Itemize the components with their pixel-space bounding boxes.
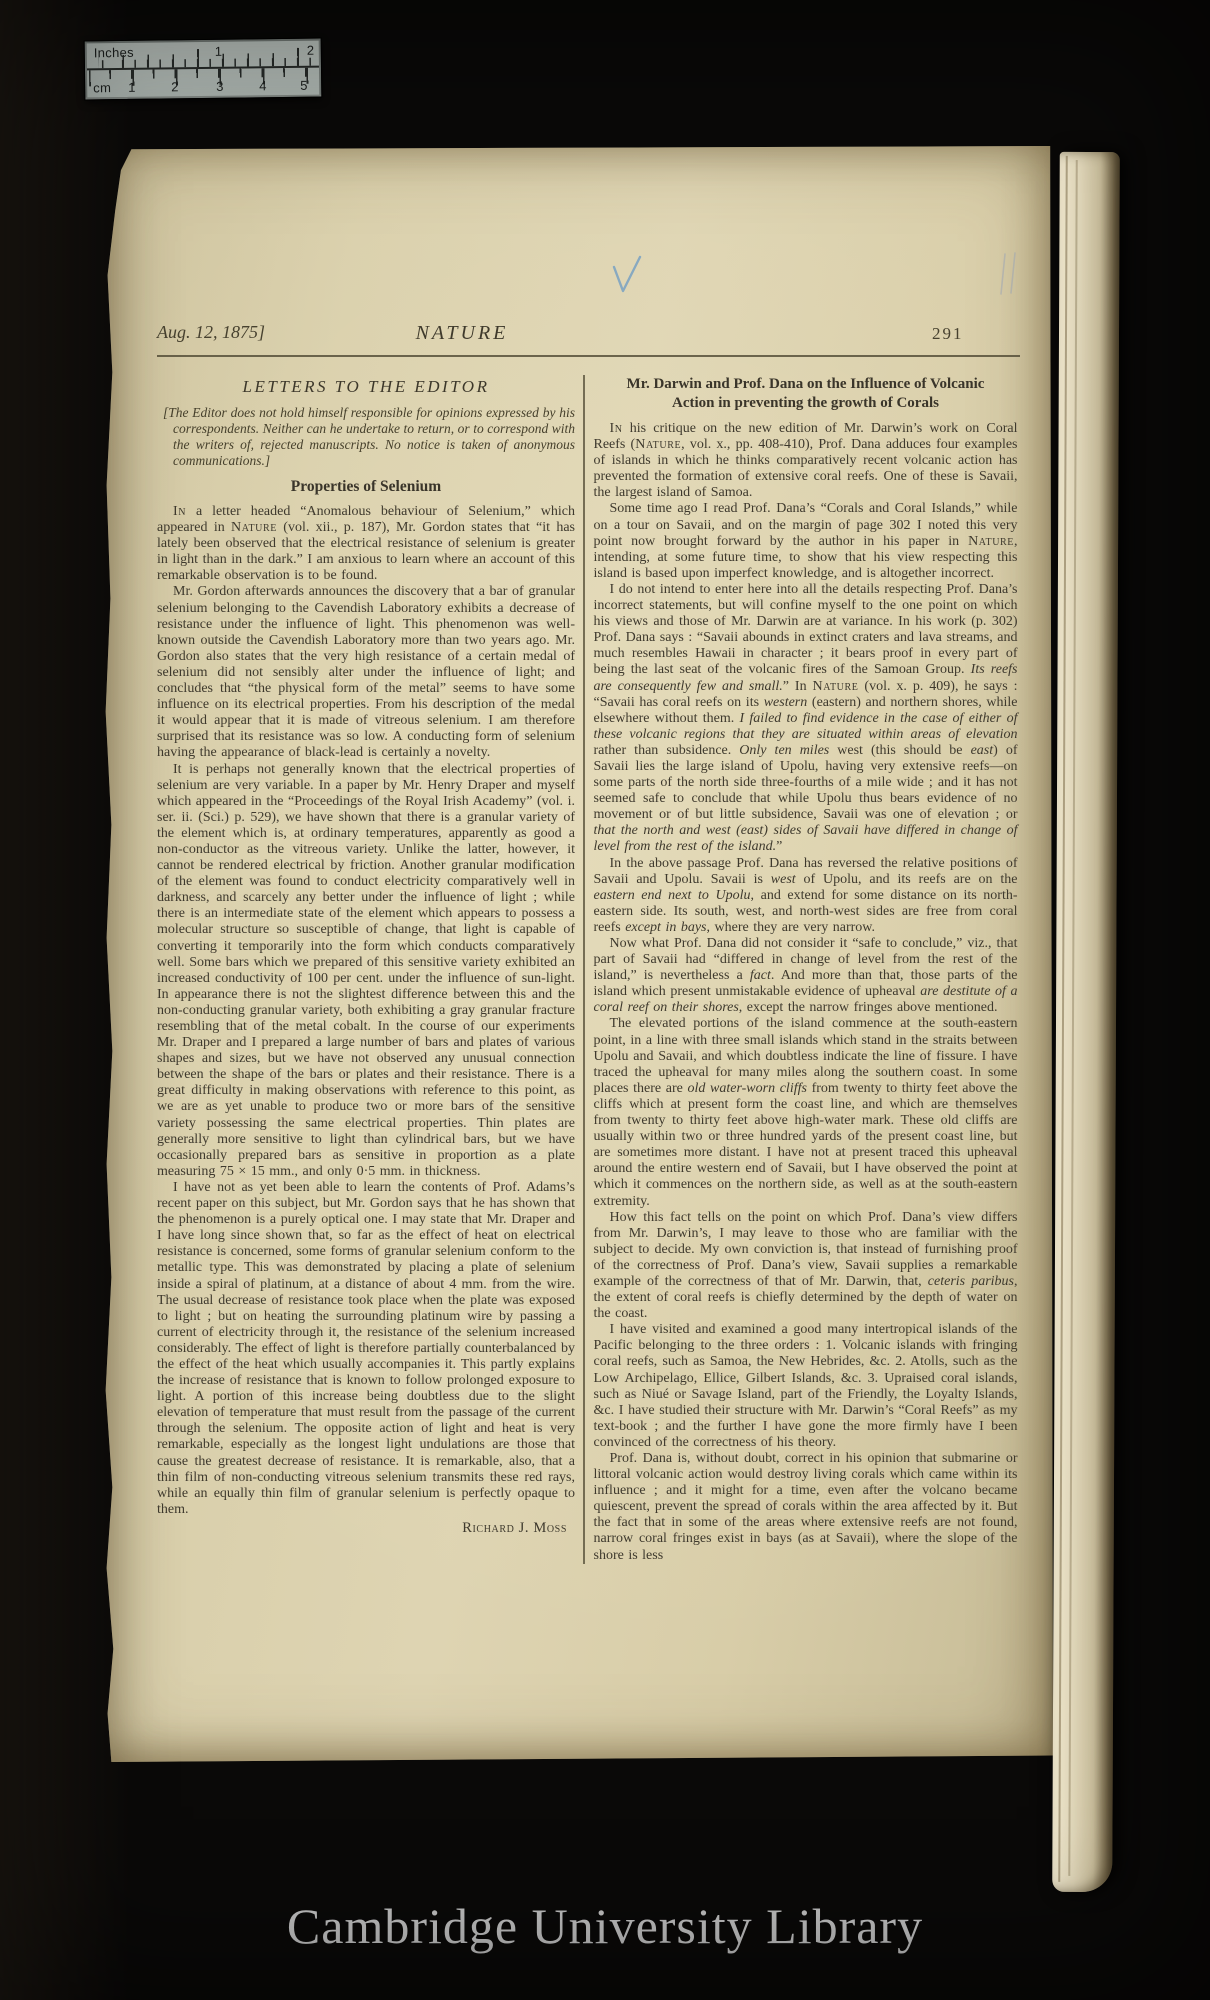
ruler-cm-label: cm: [93, 80, 111, 95]
text-run: , except the narrow fringes above mentio…: [739, 1000, 998, 1015]
section-title: LETTERS TO THE EDITOR: [157, 377, 575, 397]
text-run: ”: [776, 839, 782, 854]
checkmark-icon: [611, 255, 643, 295]
letter-body: In a letter headed “Anomalous behaviour …: [157, 504, 575, 1518]
ruler-cm-number: 5: [300, 78, 307, 93]
two-column-text: LETTERS TO THE EDITOR [The Editor does n…: [157, 373, 1020, 1564]
editorial-note: [The Editor does not hold himself respon…: [157, 405, 575, 469]
right-column: Mr. Darwin and Prof. Dana on the Influen…: [594, 373, 1018, 1564]
photo-stage: Inches 1 2 cm 1 2 3 4 5 Aug. 12, 1875] N…: [0, 0, 1210, 2000]
paragraph: It is perhaps not generally known that t…: [157, 762, 575, 1180]
ruler-cm-number: 1: [128, 80, 135, 95]
article-title: Mr. Darwin and Prof. Dana on the Influen…: [594, 375, 1018, 413]
text-run: rather than subsidence.: [594, 743, 740, 758]
text-run: Nature: [231, 520, 277, 535]
ruler-cm-number: 2: [171, 79, 178, 94]
text-run: In: [610, 421, 623, 436]
library-watermark: Cambridge University Library: [0, 1897, 1210, 1955]
issue-date: Aug. 12, 1875]: [157, 322, 265, 343]
text-run: Only ten miles: [739, 743, 829, 758]
text-run: It is perhaps not generally known that t…: [157, 762, 575, 1179]
text-run: ” In: [783, 679, 813, 694]
text-run: I do not intend to enter here into all t…: [594, 582, 1018, 677]
paragraph: Some time ago I read Prof. Dana’s “Coral…: [594, 501, 1018, 581]
text-run: , where they are very narrow.: [707, 920, 876, 935]
article-body: In his critique on the new edition of Mr…: [594, 421, 1018, 1564]
text-run: Nature: [635, 437, 681, 452]
paragraph: In his critique on the new edition of Mr…: [594, 421, 1018, 501]
book-fore-edge: [1052, 152, 1120, 1892]
text-run: west: [771, 872, 796, 887]
paragraph: Mr. Gordon afterwards announces the disc…: [157, 584, 575, 761]
text-run: In: [173, 504, 186, 519]
pencil-mark-icon: [998, 250, 1020, 298]
journal-page: Aug. 12, 1875] NATURE 291 LETTERS TO THE…: [98, 146, 1053, 1762]
text-run: from twenty to thirty feet above the cli…: [594, 1081, 1018, 1209]
paragraph: I have visited and examined a good many …: [594, 1322, 1018, 1451]
text-run: I have visited and examined a good many …: [594, 1322, 1018, 1450]
ruler-cm-number: 4: [259, 78, 266, 93]
running-head: Aug. 12, 1875] NATURE 291: [157, 322, 1020, 349]
ruler-inches-row: Inches 1 2: [87, 41, 319, 71]
paragraph: In the above passage Prof. Dana has reve…: [594, 856, 1018, 936]
text-run: Nature: [968, 534, 1014, 549]
ruler-cm-major-ticks: [89, 68, 319, 87]
letter-signature: Richard J. Moss: [157, 1520, 575, 1537]
paragraph: How this fact tells on the point on whic…: [594, 1210, 1018, 1323]
header-rule: [157, 355, 1020, 357]
text-run: east: [971, 743, 994, 758]
text-run: I have not as yet been able to learn the…: [157, 1180, 575, 1517]
text-run: fact: [750, 968, 771, 983]
text-run: Some time ago I read Prof. Dana’s “Coral…: [594, 501, 1018, 548]
journal-title: NATURE: [416, 322, 509, 345]
text-run: Mr. Gordon afterwards announces the disc…: [157, 584, 575, 760]
text-run: old water-worn cliffs: [687, 1081, 806, 1096]
measurement-ruler: Inches 1 2 cm 1 2 3 4 5: [85, 39, 322, 100]
text-run: of Upolu, and its reefs are on the: [796, 872, 1018, 887]
page-content: Aug. 12, 1875] NATURE 291 LETTERS TO THE…: [98, 146, 1020, 1564]
text-run: ceteris paribus: [928, 1274, 1014, 1289]
page-number: 291: [932, 324, 964, 344]
blue-checkmark-annotation: [611, 255, 643, 295]
ruler-cm-number: 3: [216, 79, 223, 94]
letter-title: Properties of Selenium: [157, 478, 575, 496]
paragraph: I have not as yet been able to learn the…: [157, 1180, 575, 1518]
ruler-inch-major-ticks: [99, 48, 319, 69]
left-column: LETTERS TO THE EDITOR [The Editor does n…: [157, 373, 575, 1564]
text-run: eastern end next to Upolu: [594, 888, 751, 903]
paragraph: Now what Prof. Dana did not consider it …: [594, 936, 1018, 1016]
text-run: Prof. Dana is, without doubt, correct in…: [594, 1451, 1018, 1563]
text-run: western: [764, 695, 808, 710]
text-run: Nature: [813, 679, 859, 694]
ruler-cm-row: cm 1 2 3 4 5: [87, 68, 319, 98]
text-run: except in bays: [625, 920, 706, 935]
pencil-mark-annotation: [998, 250, 1020, 298]
paragraph: The elevated portions of the island comm…: [594, 1016, 1018, 1209]
paragraph: Prof. Dana is, without doubt, correct in…: [594, 1451, 1018, 1564]
column-divider-rule: [583, 375, 585, 1564]
text-run: that the north and west (east) sides of …: [594, 823, 1018, 854]
paragraph: In a letter headed “Anomalous behaviour …: [157, 504, 575, 584]
paragraph: I do not intend to enter here into all t…: [594, 582, 1018, 856]
text-run: west (this should be: [829, 743, 970, 758]
